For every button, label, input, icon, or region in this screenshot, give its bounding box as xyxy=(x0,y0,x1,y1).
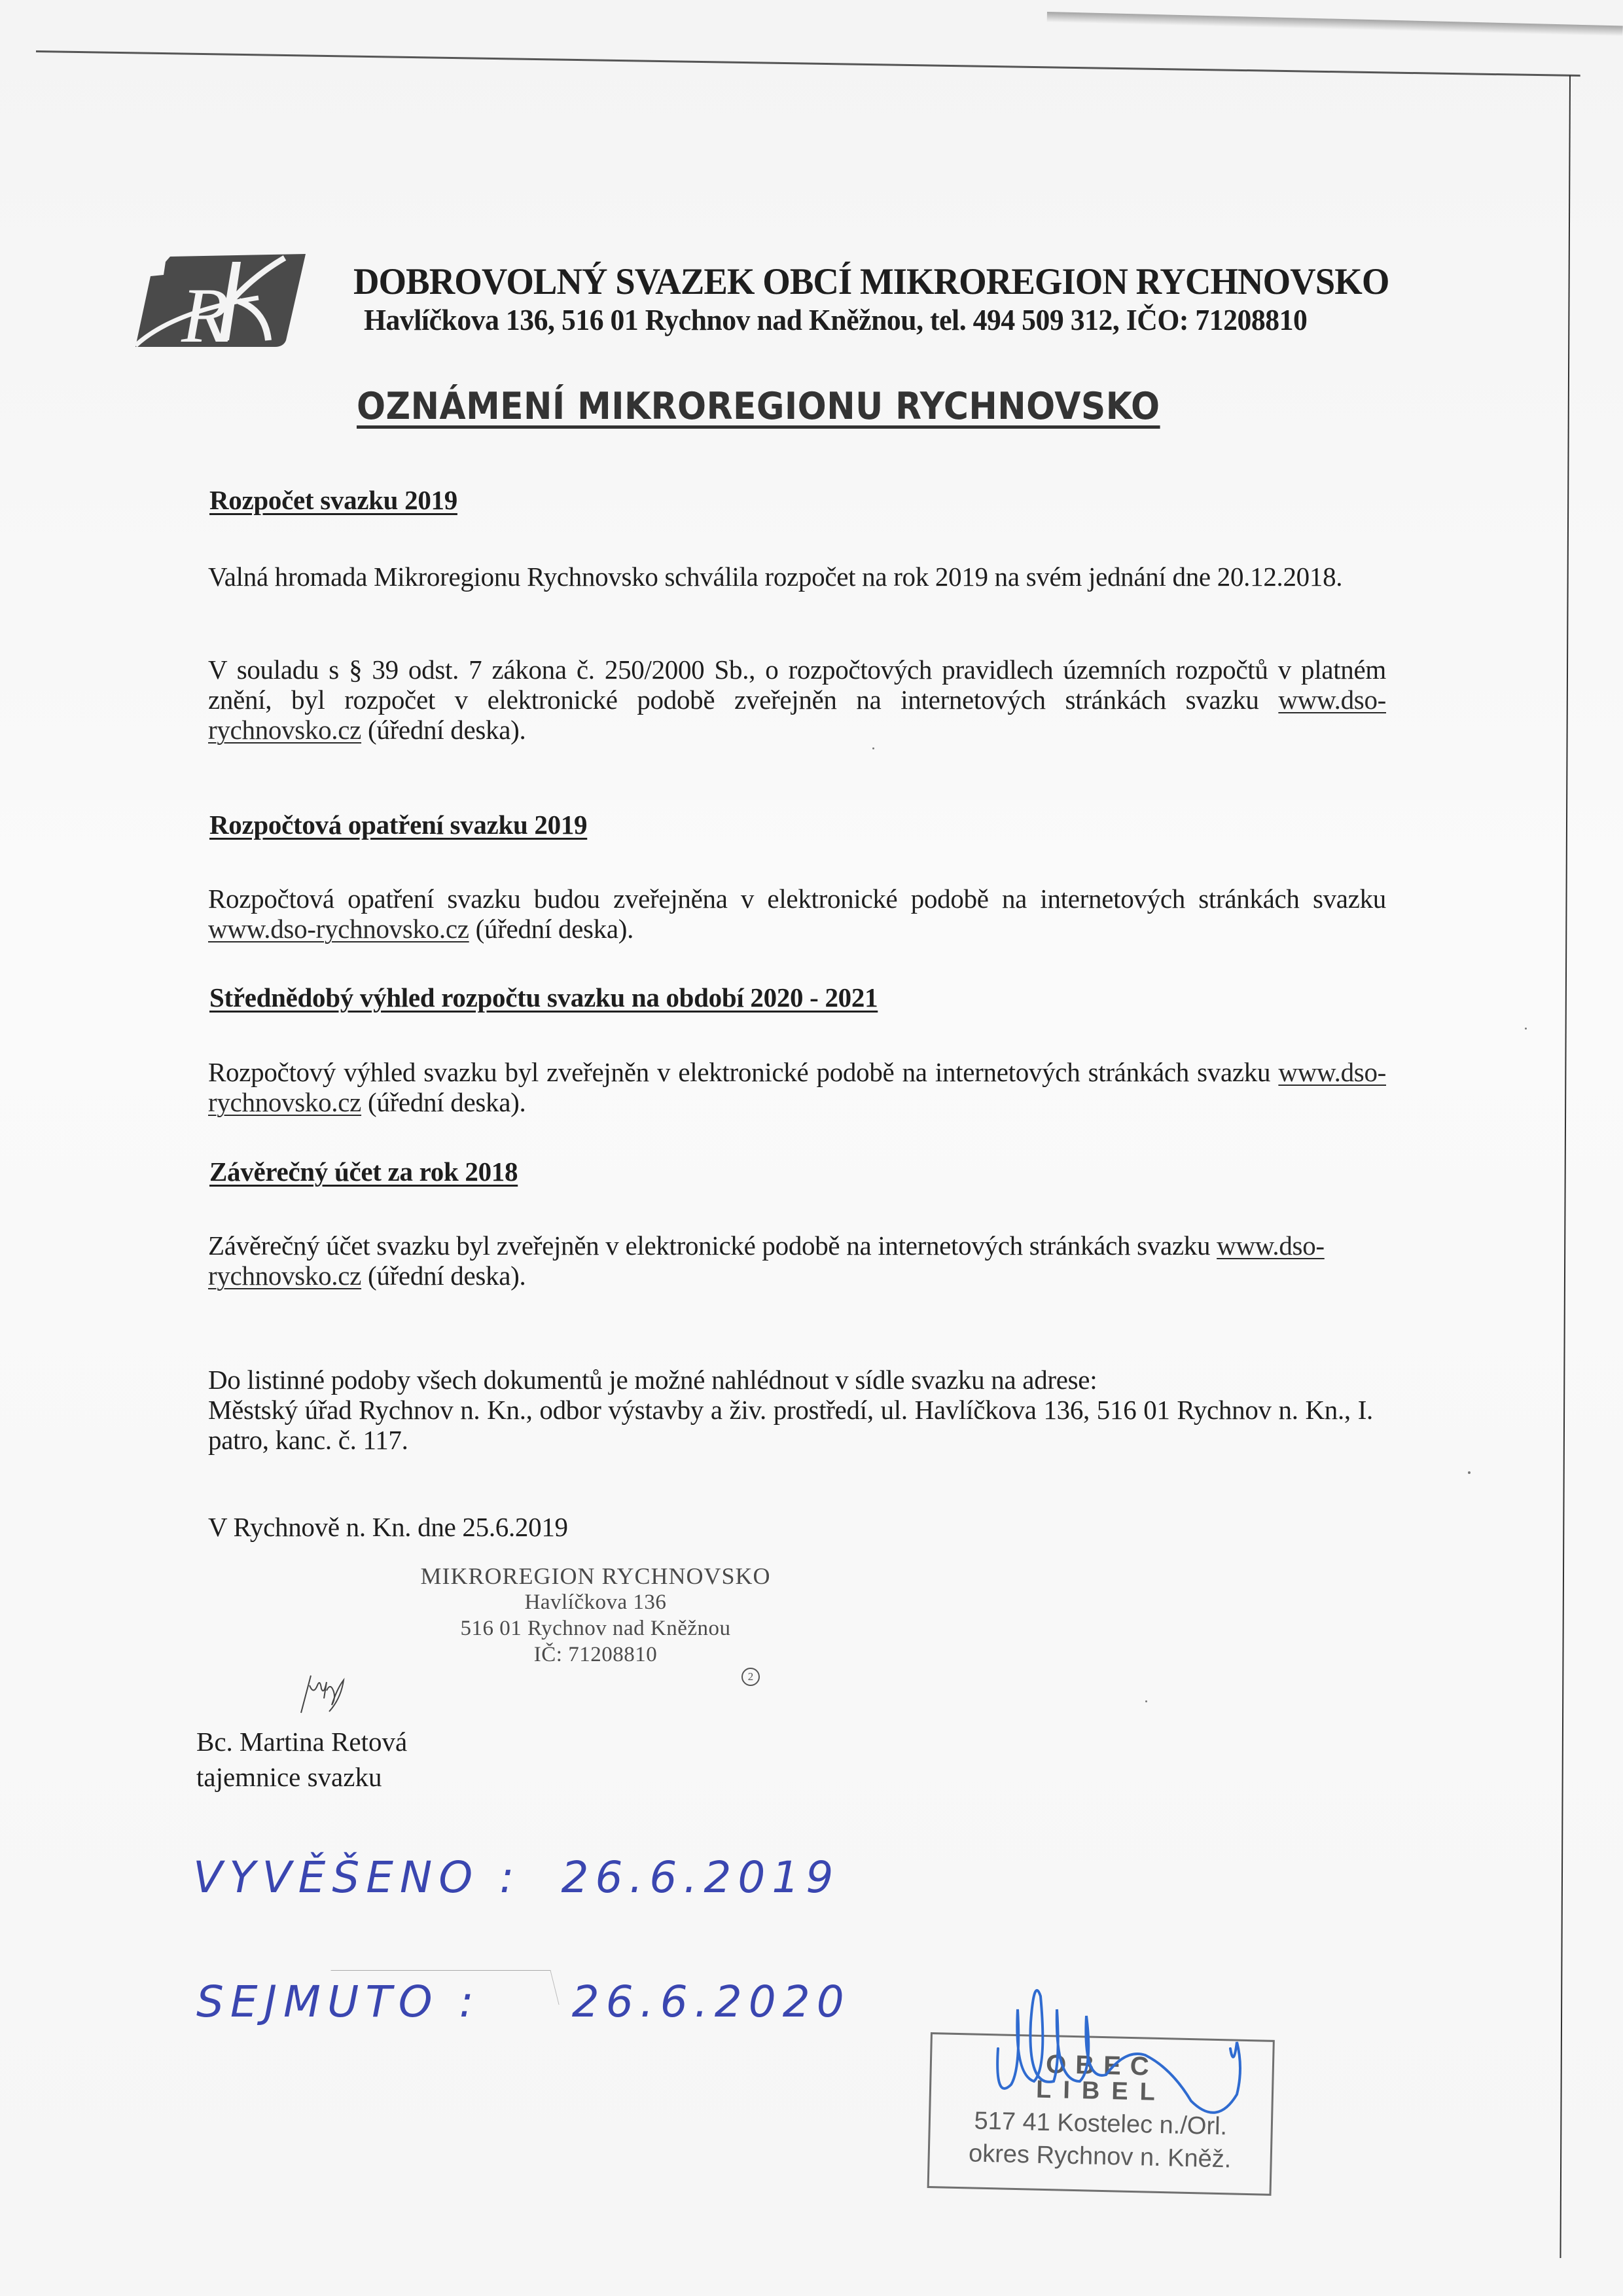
handwritten-posted: VYVĚŠENO :26.6.2019 xyxy=(193,1852,840,1903)
scan-speck xyxy=(1468,1471,1471,1474)
final-account-paragraph: Závěrečný účet svazku byl zveřejněn v el… xyxy=(208,1230,1360,1291)
paragraph-text: Rozpočtový výhled svazku byl zveřejněn v… xyxy=(208,1057,1278,1087)
paragraph-text: Závěrečný účet svazku byl zveřejněn v el… xyxy=(208,1230,1217,1261)
signature-mayor xyxy=(995,1970,1276,2144)
signatory-role: tajemnice svazku xyxy=(196,1759,407,1795)
section-heading-budget-measures: Rozpočtová opatření svazku 2019 xyxy=(209,809,587,840)
website-link[interactable]: www.dso-rychnovsko.cz xyxy=(208,914,469,944)
signatory-name: Bc. Martina Retová xyxy=(196,1724,407,1759)
signatory-block: Bc. Martina Retová tajemnice svazku xyxy=(196,1724,407,1795)
posted-date: 26.6.2019 xyxy=(561,1852,840,1903)
page-border-right xyxy=(1560,75,1571,2258)
page-title: OZNÁMENÍ MIKROREGIONU RYCHNOVSKO xyxy=(357,385,1160,428)
organization-name: DOBROVOLNÝ SVAZEK OBCÍ MIKROREGION RYCHN… xyxy=(353,260,1389,303)
rk-logo-icon: R xyxy=(134,249,314,352)
budget-measures-paragraph: Rozpočtová opatření svazku budou zveřejn… xyxy=(208,884,1386,944)
stamp-city: 516 01 Rychnov nad Kněžnou xyxy=(373,1615,818,1641)
paragraph-text: (úřední deska). xyxy=(361,715,526,745)
stamp-org: MIKROREGION RYCHNOVSKO xyxy=(373,1563,818,1589)
page-border-top xyxy=(36,50,1580,77)
removed-date: 26.6.2020 xyxy=(572,1977,851,2027)
place-and-date: V Rychnově n. Kn. dne 25.6.2019 xyxy=(208,1512,1386,1542)
removed-label: SEJMUTO : xyxy=(196,1977,480,2027)
paragraph-text: V souladu s § 39 odst. 7 zákona č. 250/2… xyxy=(208,655,1386,715)
mid-term-outlook-paragraph: Rozpočtový výhled svazku byl zveřejněn v… xyxy=(208,1057,1386,1117)
posted-label: VYVĚŠENO : xyxy=(193,1852,520,1903)
stamp-district: okres Rychnov n. Kněž. xyxy=(929,2139,1270,2175)
section-heading-budget: Rozpočet svazku 2019 xyxy=(209,484,457,516)
budget-publication-paragraph: V souladu s § 39 odst. 7 zákona č. 250/2… xyxy=(208,655,1386,745)
handwritten-removed: SEJMUTO :26.6.2020 xyxy=(196,1977,851,2027)
scan-edge-shadow xyxy=(1047,12,1623,36)
stamp-number-badge: 2 xyxy=(741,1668,760,1686)
stamp-street: Havlíčkova 136 xyxy=(373,1589,818,1615)
inspection-notice-line1: Do listinné podoby všech dokumentů je mo… xyxy=(208,1365,1360,1395)
organization-address: Havlíčkova 136, 516 01 Rychnov nad Kněžn… xyxy=(364,302,1307,337)
scan-speck xyxy=(1525,1028,1527,1030)
stamp-id: IČ: 71208810 xyxy=(373,1641,818,1668)
paragraph-text: (úřední deska). xyxy=(469,914,633,944)
scanned-page: R DOBROVOLNÝ SVAZEK OBCÍ MIKROREGION RYC… xyxy=(0,0,1623,2296)
official-stamp: MIKROREGION RYCHNOVSKO Havlíčkova 136 51… xyxy=(373,1563,818,1668)
scan-speck xyxy=(872,747,874,749)
paragraph-text: (úřední deska). xyxy=(361,1261,526,1291)
section-heading-final-account: Závěrečný účet za rok 2018 xyxy=(209,1156,518,1187)
paragraph-text: (úřední deska). xyxy=(361,1087,526,1117)
section-heading-mid-term-outlook: Střednědobý výhled rozpočtu svazku na ob… xyxy=(209,982,878,1013)
budget-approval-paragraph: Valná hromada Mikroregionu Rychnovsko sc… xyxy=(208,562,1386,592)
signature-retova xyxy=(298,1672,350,1721)
paragraph-text: Rozpočtová opatření svazku budou zveřejn… xyxy=(208,884,1386,914)
scan-speck xyxy=(1145,1700,1147,1702)
inspection-notice-address: Městský úřad Rychnov n. Kn., odbor výsta… xyxy=(208,1395,1373,1455)
